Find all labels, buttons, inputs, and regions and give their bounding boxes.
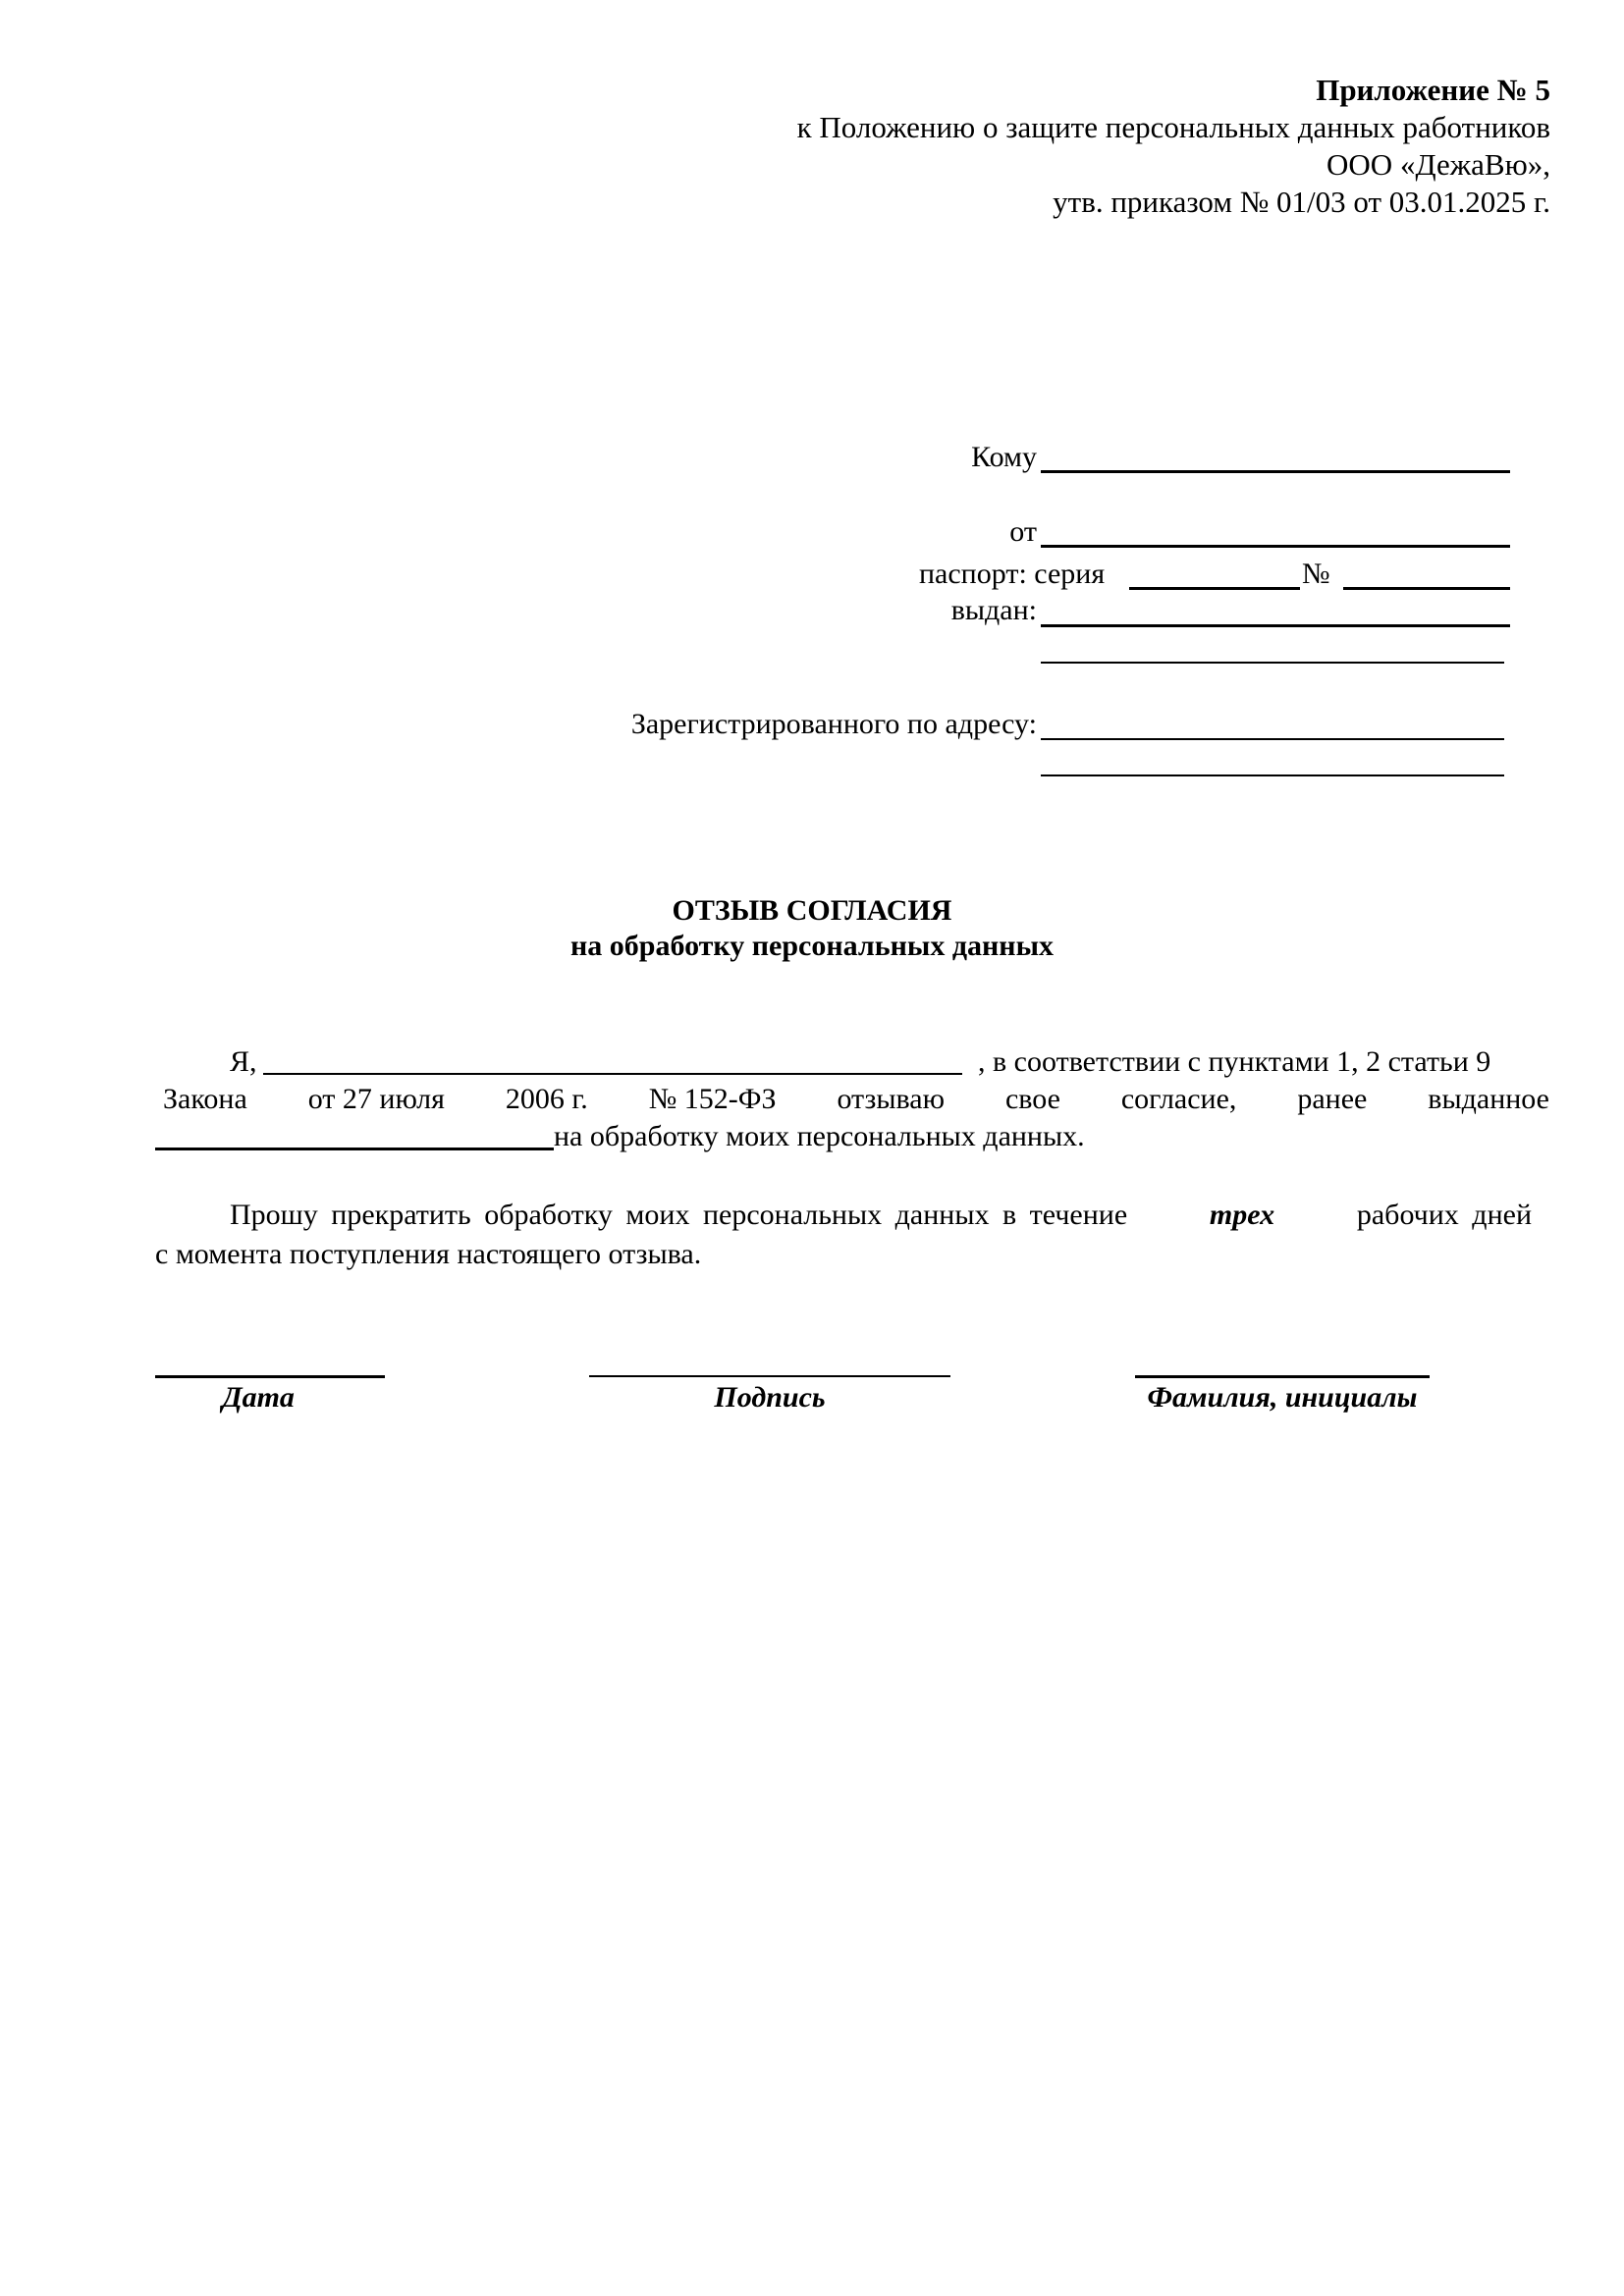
header-line-1: к Положению о защите персональных данных… <box>568 109 1550 146</box>
issued-label: выдан: <box>951 593 1037 628</box>
p1-line-2-word: от 27 июля <box>308 1082 445 1117</box>
p1-line-2-word: свое <box>1005 1082 1060 1117</box>
date-label: Дата <box>155 1380 361 1415</box>
p1-line-2-word: отзываю <box>837 1082 945 1117</box>
p2-line-1: Прошу прекратить обработку моих персонал… <box>230 1198 1532 1233</box>
address-underline-1 <box>1041 738 1504 740</box>
p1-start: Я, <box>230 1044 257 1080</box>
passport-number-label: № <box>1302 557 1330 592</box>
document-title: ОТЗЫВ СОГЛАСИЯ на обработку персональных… <box>0 893 1624 964</box>
from-label: от <box>1009 514 1037 550</box>
p1-line-2-word: № 152-ФЗ <box>649 1082 777 1117</box>
p1-rest-line-1: , в соответствии с пунктами 1, 2 статьи … <box>978 1044 1490 1080</box>
address-field-1[interactable] <box>1041 705 1504 738</box>
passport-series-underline <box>1129 587 1300 590</box>
name-line[interactable] <box>1135 1375 1430 1378</box>
address-field-2[interactable] <box>1041 742 1504 775</box>
passport-number-field[interactable] <box>1343 556 1510 589</box>
address-label: Зарегистрированного по адресу: <box>631 707 1037 742</box>
signature-label: Подпись <box>589 1380 950 1415</box>
p1-line-2-word: 2006 г. <box>506 1082 588 1117</box>
date-line[interactable] <box>155 1375 385 1378</box>
p1-line-2-word: выданное <box>1428 1082 1549 1117</box>
passport-series-label: паспорт: серия <box>919 557 1105 592</box>
appendix-number: Приложение № 5 <box>568 72 1550 109</box>
title-sub: на обработку персональных данных <box>0 929 1624 964</box>
full-name-underline <box>263 1073 962 1075</box>
header-line-3: утв. приказом № 01/03 от 03.01.2025 г. <box>568 184 1550 221</box>
issued-field-2[interactable] <box>1041 628 1504 662</box>
p1-line-2-word: согласие, <box>1121 1082 1237 1117</box>
to-underline <box>1041 470 1510 473</box>
p2-line-2: с момента поступления настоящего отзыва. <box>155 1237 701 1272</box>
p1-line-2: Законаот 27 июля2006 г.№ 152-ФЗотзываюсв… <box>163 1082 1549 1117</box>
p1-line-2-word: Закона <box>163 1082 247 1117</box>
signature-line[interactable] <box>589 1375 950 1377</box>
from-field[interactable] <box>1041 512 1510 546</box>
document-header: Приложение № 5 к Положению о защите перс… <box>568 72 1550 221</box>
address-underline-2 <box>1041 774 1504 776</box>
to-label: Кому <box>971 440 1037 475</box>
p1-line-2-word: ранее <box>1297 1082 1367 1117</box>
p2-line-1-before: Прошу прекратить обработку моих персонал… <box>230 1198 1127 1233</box>
p2-emphasis: трех <box>1210 1198 1274 1233</box>
passport-number-underline <box>1343 587 1510 590</box>
header-line-2: ООО «ДежаВю», <box>568 146 1550 184</box>
title-main: ОТЗЫВ СОГЛАСИЯ <box>0 893 1624 929</box>
issued-underline-2 <box>1041 662 1504 664</box>
issued-underline-1 <box>1041 624 1510 627</box>
to-field[interactable] <box>1041 438 1510 471</box>
p2-line-1-after: рабочих дней <box>1357 1198 1532 1233</box>
from-underline <box>1041 545 1510 548</box>
p1-line-3: на обработку моих персональных данных. <box>554 1119 1085 1154</box>
passport-series-field[interactable] <box>1129 556 1300 589</box>
name-label: Фамилия, инициалы <box>1129 1380 1435 1415</box>
issued-field-1[interactable] <box>1041 591 1510 624</box>
consent-recipient-underline <box>155 1148 554 1150</box>
